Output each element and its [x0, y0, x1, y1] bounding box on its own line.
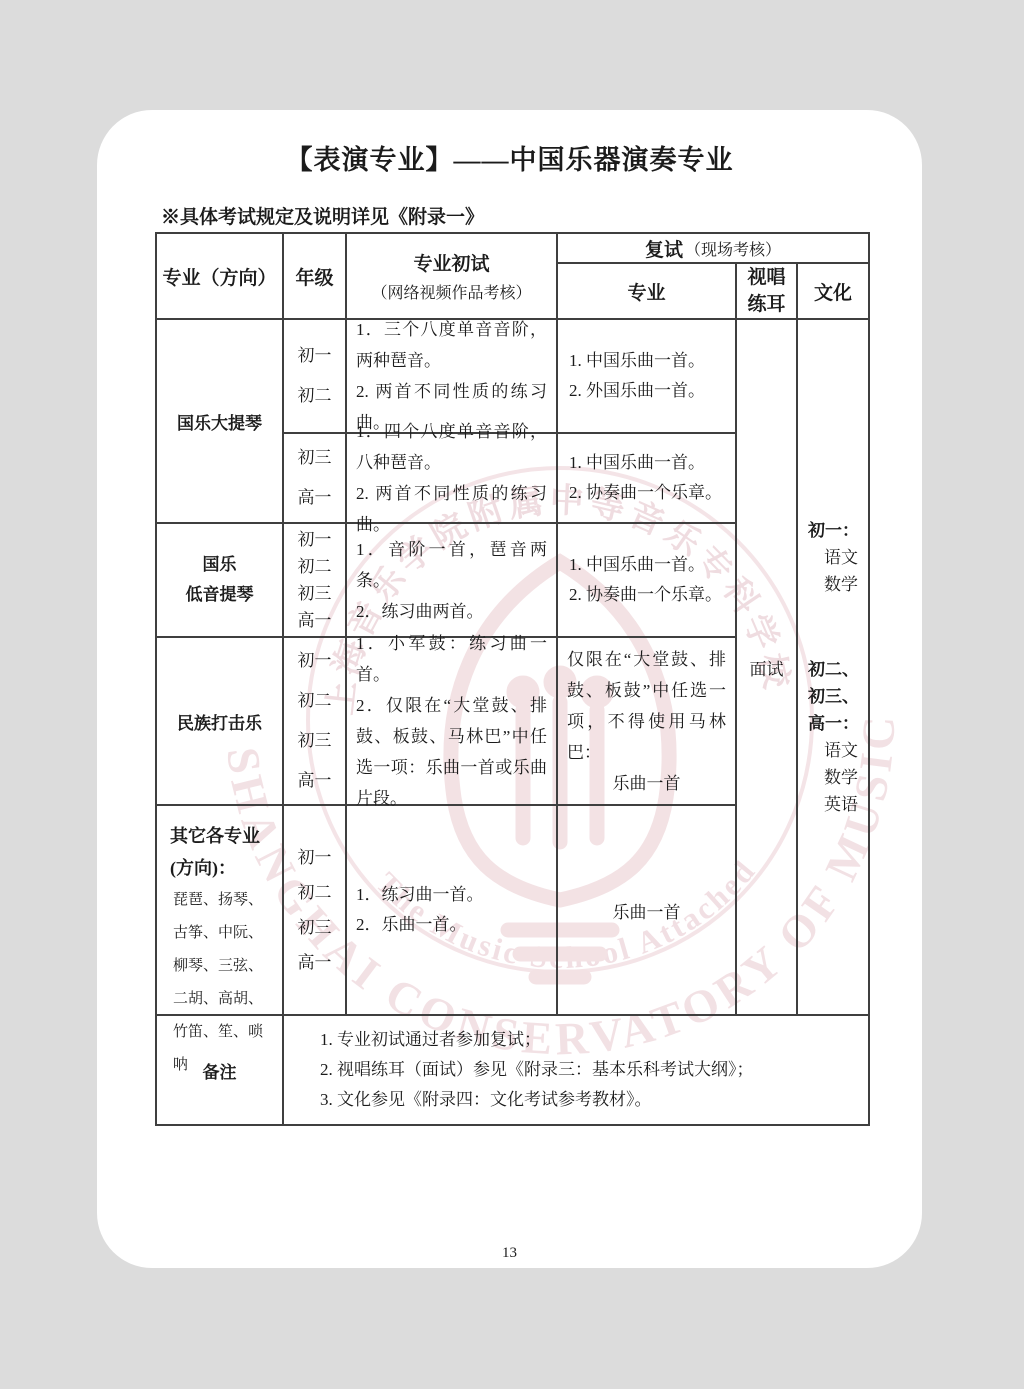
cell-grade-cello-junior: 初一 初二	[284, 320, 347, 434]
cell-major-bass: 国乐 低音提琴	[157, 524, 284, 638]
culture-junior-subjects: 语文 数学	[808, 544, 868, 598]
cell-retest-cello-junior: 1. 中国乐曲一首。 2. 外国乐曲一首。	[558, 320, 737, 434]
cell-grade-cello-senior: 初三 高一	[284, 434, 347, 524]
retest-text: 1. 中国乐曲一首。 2. 协奏曲一个乐章。	[569, 448, 727, 508]
header-prelim: 专业初试 （网络视频作品考核）	[347, 234, 558, 320]
notes-text: 1. 专业初试通过者参加复试； 2. 视唱练耳（面试）参见《附录三：基本乐科考试…	[320, 1025, 868, 1115]
cell-retest-percussion: 仅限在“大堂鼓、排鼓、板鼓”中任选一项，不得使用马林巴： 乐曲一首	[558, 638, 737, 806]
document-page: 上海音乐学院附属中等音乐专科学校 The Music School Attach…	[97, 110, 922, 1268]
retest-text: 仅限在“大堂鼓、排鼓、板鼓”中任选一项，不得使用马林巴：	[567, 644, 726, 768]
exam-table: 专业（方向） 年级 专业初试 （网络视频作品考核） 复试 （现场考核） 专业 视…	[155, 232, 870, 1126]
cell-notes-content: 1. 专业初试通过者参加复试； 2. 视唱练耳（面试）参见《附录三：基本乐科考试…	[284, 1016, 868, 1124]
prelim-text: 1．音阶一首，琶音两条。 2．练习曲两首。	[356, 534, 547, 627]
page-number: 13	[97, 1245, 922, 1262]
page-background: { "colors": { "background": "#dcdcdc", "…	[0, 0, 1024, 1389]
cell-major-others: 其它各专业 (方向)： 琵琶、扬琴、 古筝、中阮、 柳琴、三弦、 二胡、高胡、 …	[157, 806, 284, 1016]
prelim-text: 1．练习曲一首。 2．乐曲一首。	[356, 880, 547, 940]
cell-major-percussion: 民族打击乐	[157, 638, 284, 806]
header-retest-title: 复试	[645, 235, 683, 262]
header-retest-sub: （现场考核）	[685, 237, 781, 260]
header-retest: 复试 （现场考核）	[558, 234, 868, 264]
culture-senior-label: 初二、 初三、 高一：	[808, 656, 868, 737]
header-prelim-title: 专业初试	[413, 249, 489, 276]
header-retest-major: 专业	[558, 264, 737, 320]
cell-prelim-percussion: 1．小军鼓：练习曲一首。 2．仅限在“大堂鼓、排鼓、板鼓、马林巴”中任选一项：乐…	[347, 638, 558, 806]
cell-notes-label: 备注	[157, 1016, 284, 1124]
page-title: 【表演专业】——中国乐器演奏专业	[97, 138, 922, 177]
cell-prelim-bass: 1．音阶一首，琶音两条。 2．练习曲两首。	[347, 524, 558, 638]
cell-interview: 面试	[737, 320, 798, 1016]
prelim-text: 1．小军鼓：练习曲一首。 2．仅限在“大堂鼓、排鼓、板鼓、马林巴”中任选一项：乐…	[356, 628, 547, 814]
cell-grade-percussion: 初一 初二 初三 高一	[284, 638, 347, 806]
exam-note: ※具体考试规定及说明详见《附录一》	[161, 202, 484, 229]
others-title: 其它各专业 (方向)：	[170, 820, 274, 884]
cell-retest-cello-senior: 1. 中国乐曲一首。 2. 协奏曲一个乐章。	[558, 434, 737, 524]
culture-senior-subjects: 语文 数学 英语	[808, 737, 868, 818]
header-major: 专业（方向）	[157, 234, 284, 320]
cell-prelim-cello-senior: 1．四个八度单音音阶，八种琶音。 2. 两首不同性质的练习曲。	[347, 434, 558, 524]
retest-text-centered: 乐曲一首	[567, 768, 726, 799]
header-grade: 年级	[284, 234, 347, 320]
header-culture: 文化	[798, 264, 868, 320]
retest-text: 1. 中国乐曲一首。 2. 外国乐曲一首。	[569, 346, 727, 406]
cell-major-cello: 国乐大提琴	[157, 320, 284, 524]
header-sight-singing: 视唱 练耳	[737, 264, 798, 320]
cell-grade-others: 初一 初二 初三 高一	[284, 806, 347, 1016]
cell-retest-others: 乐曲一首	[558, 806, 737, 1016]
cell-prelim-others: 1．练习曲一首。 2．乐曲一首。	[347, 806, 558, 1016]
header-prelim-sub: （网络视频作品考核）	[371, 280, 531, 303]
cell-retest-bass: 1. 中国乐曲一首。 2. 协奏曲一个乐章。	[558, 524, 737, 638]
culture-junior-label: 初一：	[808, 517, 868, 544]
prelim-text: 1．四个八度单音音阶，八种琶音。 2. 两首不同性质的练习曲。	[356, 416, 547, 540]
retest-text: 1. 中国乐曲一首。 2. 协奏曲一个乐章。	[569, 550, 727, 610]
cell-grade-bass: 初一 初二 初三 高一	[284, 524, 347, 638]
cell-culture: 初一： 语文 数学 初二、 初三、 高一： 语文 数学 英语	[798, 320, 868, 1016]
